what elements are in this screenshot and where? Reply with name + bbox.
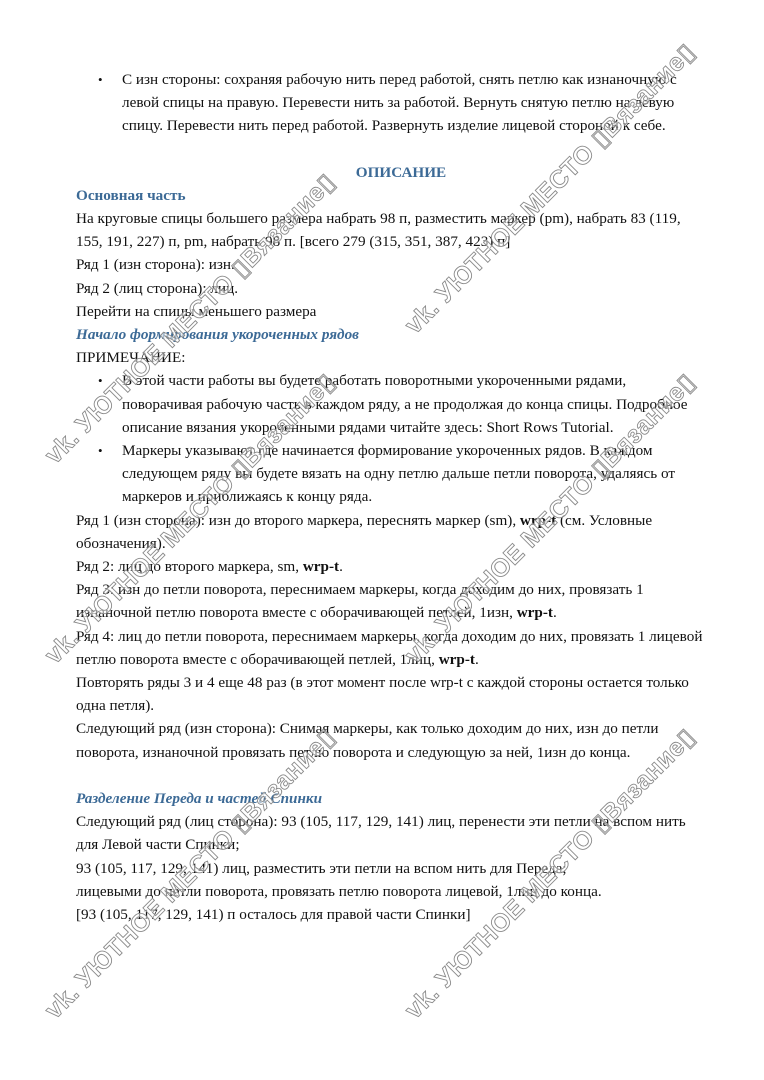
document-content: С изн стороны: сохраняя рабочую нить пер… [76,68,706,926]
top-bullet-list: С изн стороны: сохраняя рабочую нить пер… [76,68,706,138]
section-heading-main: Основная часть [76,184,706,207]
paragraph: Ряд 2 (лиц сторона): лиц. [76,277,706,300]
section-heading-short-rows: Начало формирования укороченных рядов [76,323,706,346]
note-label: ПРИМЕЧАНИЕ: [76,346,706,369]
note-bullet-list: В этой части работы вы будете работать п… [76,369,706,508]
paragraph: Следующий ряд (лиц сторона): 93 (105, 11… [76,810,706,856]
paragraph: Перейти на спицы меньшего размера [76,300,706,323]
paragraph: Ряд 1 (изн сторона): изн. [76,253,706,276]
section-heading-divide: Разделение Переда и частей Спинки [76,787,706,810]
row-2-instruction: Ряд 2: лиц до второго маркера, sm, wrp-t… [76,555,706,578]
row-4-instruction: Ряд 4: лиц до петли поворота, переснимае… [76,625,706,671]
list-item: Маркеры указывают где начинается формиро… [122,439,706,509]
paragraph: [93 (105, 117, 129, 141) п осталось для … [76,903,706,926]
paragraph: 93 (105, 117, 129, 141) лиц, разместить … [76,857,706,880]
document-page: С изн стороны: сохраняя рабочую нить пер… [0,0,764,1080]
paragraph: На круговые спицы большего размера набра… [76,207,706,253]
list-item: В этой части работы вы будете работать п… [122,369,706,439]
row-3-instruction: Ряд 3: изн до петли поворота, переснимае… [76,578,706,624]
paragraph: лицевыми до петли поворота, провязать пе… [76,880,706,903]
list-item: С изн стороны: сохраняя рабочую нить пер… [122,68,706,138]
repeat-instruction: Повторять ряды 3 и 4 еще 48 раз (в этот … [76,671,706,717]
next-row-instruction: Следующий ряд (изн сторона): Снимая марк… [76,717,706,763]
row-1-instruction: Ряд 1 (изн сторона): изн до второго марк… [76,509,706,555]
page-title: ОПИСАНИЕ [76,161,706,184]
